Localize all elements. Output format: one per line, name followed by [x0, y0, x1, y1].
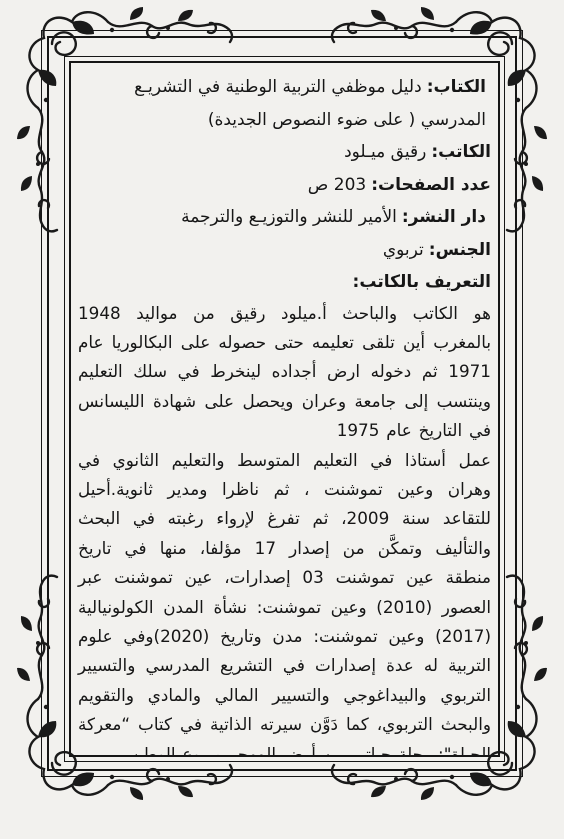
book-title-label: الكتاب:	[427, 77, 486, 97]
text-content: الكتاب:دليل موظفي التربية الوطنية في الت…	[69, 61, 500, 757]
book-info-section: الكتاب:دليل موظفي التربية الوطنية في الت…	[78, 71, 491, 299]
about-author-heading-row: التعريف بالكاتب:	[78, 266, 491, 299]
author-label: الكاتب:	[431, 142, 491, 162]
author-row: الكاتب:رقيق ميـلود	[78, 136, 491, 169]
page-count-value: 203 ص	[308, 175, 366, 195]
text-box: الكتاب:دليل موظفي التربية الوطنية في الت…	[64, 56, 505, 762]
document-page: الكتاب:دليل موظفي التربية الوطنية في الت…	[0, 0, 564, 839]
page-count-row: عدد الصفحات:203 ص	[78, 169, 491, 202]
book-title-row: الكتاب:دليل موظفي التربية الوطنية في الت…	[78, 71, 491, 136]
publisher-label: دار النشر:	[402, 207, 486, 227]
publisher-row: دار النشر:الأمير للنشر والتوزيـع والترجم…	[78, 201, 491, 234]
about-author-heading: التعريف بالكاتب:	[353, 272, 491, 292]
page-count-label: عدد الصفحات:	[371, 175, 491, 195]
biography-paragraph-2: عمل أستاذا في التعليم المتوسط والتعليم ا…	[78, 446, 491, 757]
biography-paragraph-1: هو الكاتب والباحث أ.ميلود رقيق من مواليد…	[78, 299, 491, 446]
genre-value: تربوي	[383, 240, 424, 260]
genre-label: الجنس:	[429, 240, 491, 260]
publisher-value: الأمير للنشر والتوزيـع والترجمة	[181, 207, 397, 227]
genre-row: الجنس:تربوي	[78, 234, 491, 267]
author-value: رقيق ميـلود	[344, 142, 426, 162]
